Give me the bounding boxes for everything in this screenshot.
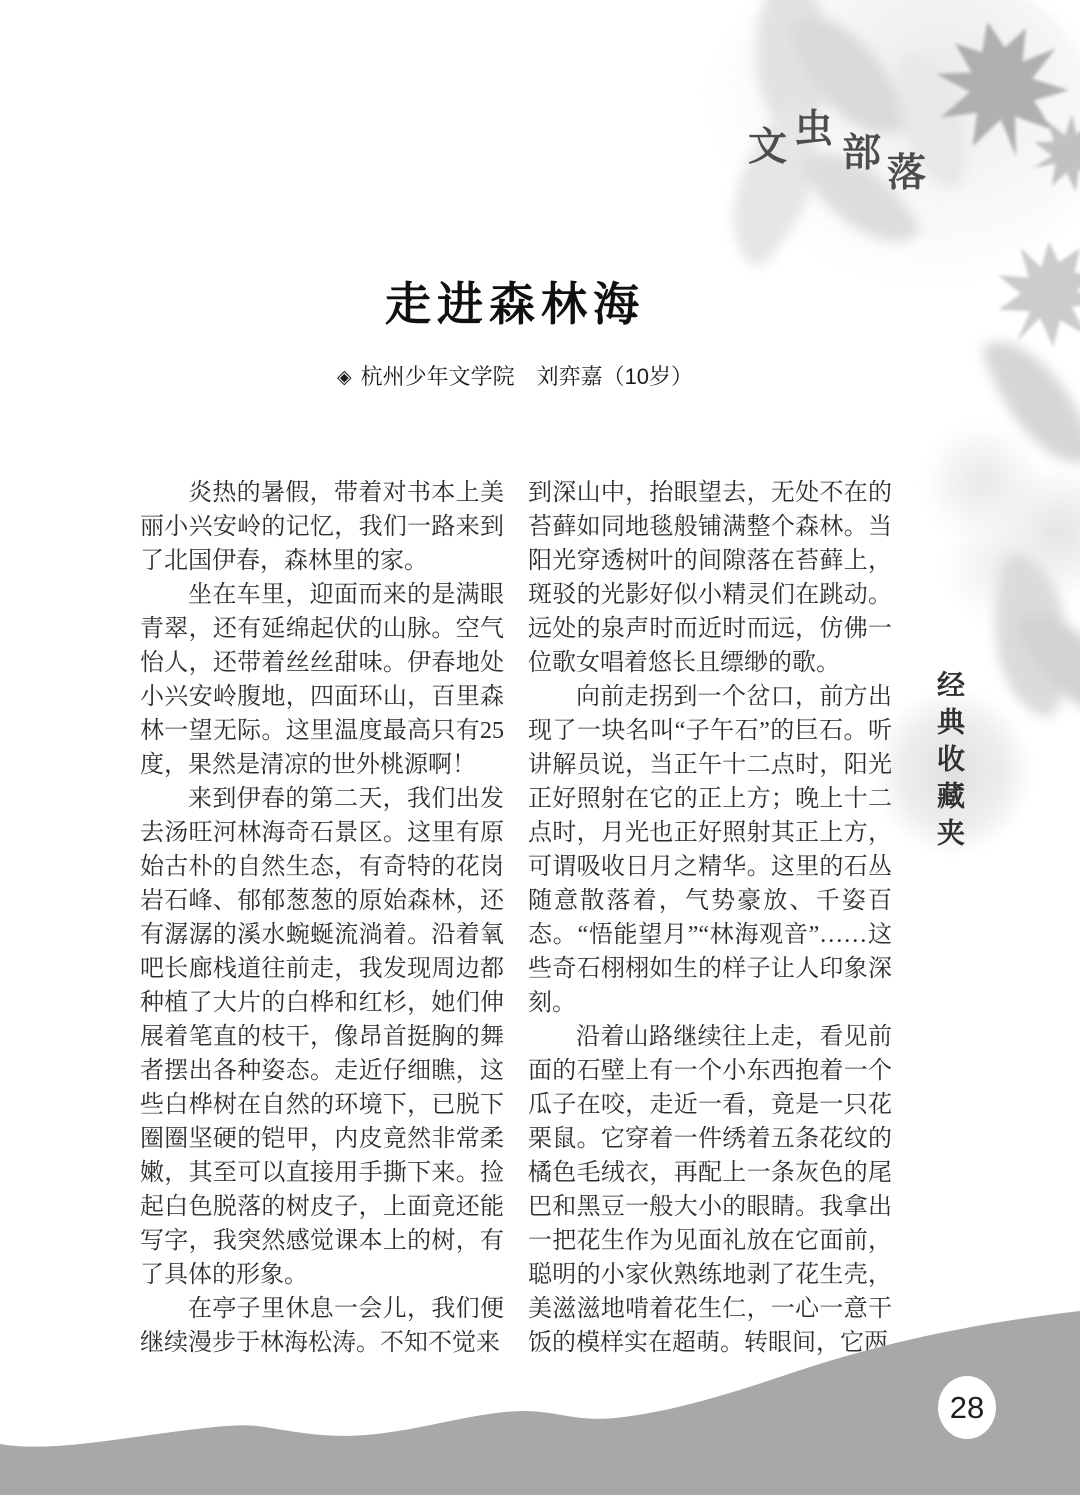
paragraph: 炎热的暑假，带着对书本上美丽小兴安岭的记忆，我们一路来到了北国伊春，森林里的家。 bbox=[140, 476, 504, 578]
article-body: 炎热的暑假，带着对书本上美丽小兴安岭的记忆，我们一路来到了北国伊春，森林里的家。… bbox=[140, 476, 892, 1360]
masthead-char: 文 bbox=[748, 116, 787, 172]
maple-leaf-icon bbox=[1013, 99, 1080, 208]
article-title: 走进森林海 bbox=[165, 268, 865, 334]
flower-decoration bbox=[925, 425, 1040, 540]
diamond-bullet-icon: ◈ bbox=[337, 367, 352, 388]
article-byline: ◈杭州少年文学院 刘弈嘉（10岁） bbox=[165, 360, 865, 391]
right-column: 到深山中，抬眼望去，无处不在的苔藓如同地毯般铺满整个森林。当阳光穿透树叶的间隙落… bbox=[528, 476, 892, 1360]
paragraph: 到深山中，抬眼望去，无处不在的苔藓如同地毯般铺满整个森林。当阳光穿透树叶的间隙落… bbox=[528, 476, 892, 680]
masthead-char: 落 bbox=[887, 142, 926, 198]
flower-decoration bbox=[945, 515, 1050, 620]
leaf-decoration bbox=[980, 322, 1080, 483]
left-column: 炎热的暑假，带着对书本上美丽小兴安岭的记忆，我们一路来到了北国伊春，森林里的家。… bbox=[140, 476, 504, 1360]
byline-text: 杭州少年文学院 刘弈嘉（10岁） bbox=[361, 364, 693, 389]
maple-leaf-icon bbox=[917, 7, 1080, 179]
page-number-badge: 28 bbox=[938, 1376, 996, 1439]
masthead-char: 部 bbox=[842, 122, 881, 178]
paragraph: 坐在车里，迎面而来的是满眼青翠，还有延绵起伏的山脉。空气怡人，还带着丝丝甜味。伊… bbox=[140, 578, 504, 782]
section-vertical-label: 经典收藏夹 bbox=[928, 670, 968, 855]
leaf-decoration bbox=[720, 0, 864, 142]
masthead-char: 虫 bbox=[794, 98, 833, 154]
paragraph: 来到伊春的第二天，我们出发去汤旺河林海奇石景区。这里有原始古朴的自然生态，有奇特… bbox=[140, 782, 504, 1292]
flower-decoration bbox=[995, 465, 1080, 600]
page-number: 28 bbox=[950, 1390, 984, 1426]
maple-leaf-icon bbox=[965, 215, 1080, 379]
paragraph: 向前走拐到一个岔口，前方出现了一块名叫“子午石”的巨石。听讲解员说，当正午十二点… bbox=[528, 680, 892, 1020]
footer-wave bbox=[0, 1295, 1080, 1495]
